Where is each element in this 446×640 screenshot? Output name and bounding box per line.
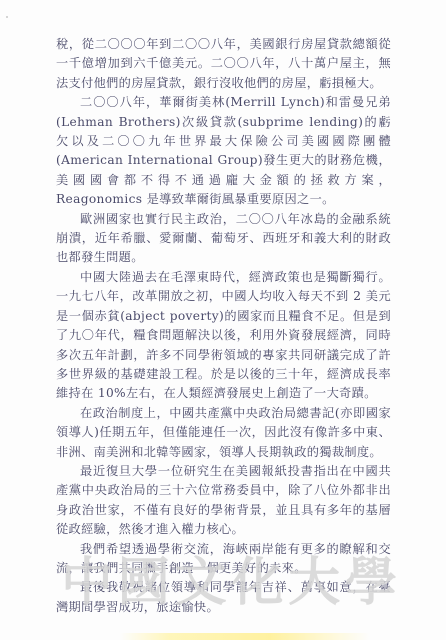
paragraph-2: 二〇〇八年，華爾街美林(Merrill Lynch)和雷曼兄弟(Lehman B… xyxy=(56,93,391,209)
paragraph-8: 最後我敬祝諸位領導和同學龍年吉祥、萬事如意，在臺灣期間學習成功，旅途愉快。 xyxy=(56,578,391,617)
paragraph-7: 我們希望透過學術交流，海峽兩岸能有更多的瞭解和交流，讓我們共同攜手創造一個更美好… xyxy=(56,540,391,579)
paragraph-3: 歐洲國家也實行民主政治，二〇〇八年冰島的金融系統崩潰，近年希臘、愛爾蘭、葡萄牙、… xyxy=(56,210,391,268)
scanned-document-page: 稅，從二〇〇〇年到二〇〇八年，美國銀行房屋貸款總額從一千億增加到六千億美元。二〇… xyxy=(0,0,446,640)
paragraph-4: 中國大陸過去在毛澤東時代，經濟政策也是獨斷獨行。一九七八年，改革開放之初，中國人… xyxy=(56,268,391,404)
paragraph-1: 稅，從二〇〇〇年到二〇〇八年，美國銀行房屋貸款總額從一千億增加到六千億美元。二〇… xyxy=(56,35,391,93)
paragraph-6: 最近復旦大學一位研究生在美國報紙投書指出在中國共產黨中央政治局的三十六位常務委員… xyxy=(56,462,391,540)
paragraph-5: 在政治制度上，中國共產黨中央政治局總書記(亦即國家領導人)任期五年，但僅能連任一… xyxy=(56,404,391,462)
scan-yellow-artifact xyxy=(120,633,370,640)
scan-artifact xyxy=(6,16,8,18)
document-body: 稅，從二〇〇〇年到二〇〇八年，美國銀行房屋貸款總額從一千億增加到六千億美元。二〇… xyxy=(56,35,391,617)
